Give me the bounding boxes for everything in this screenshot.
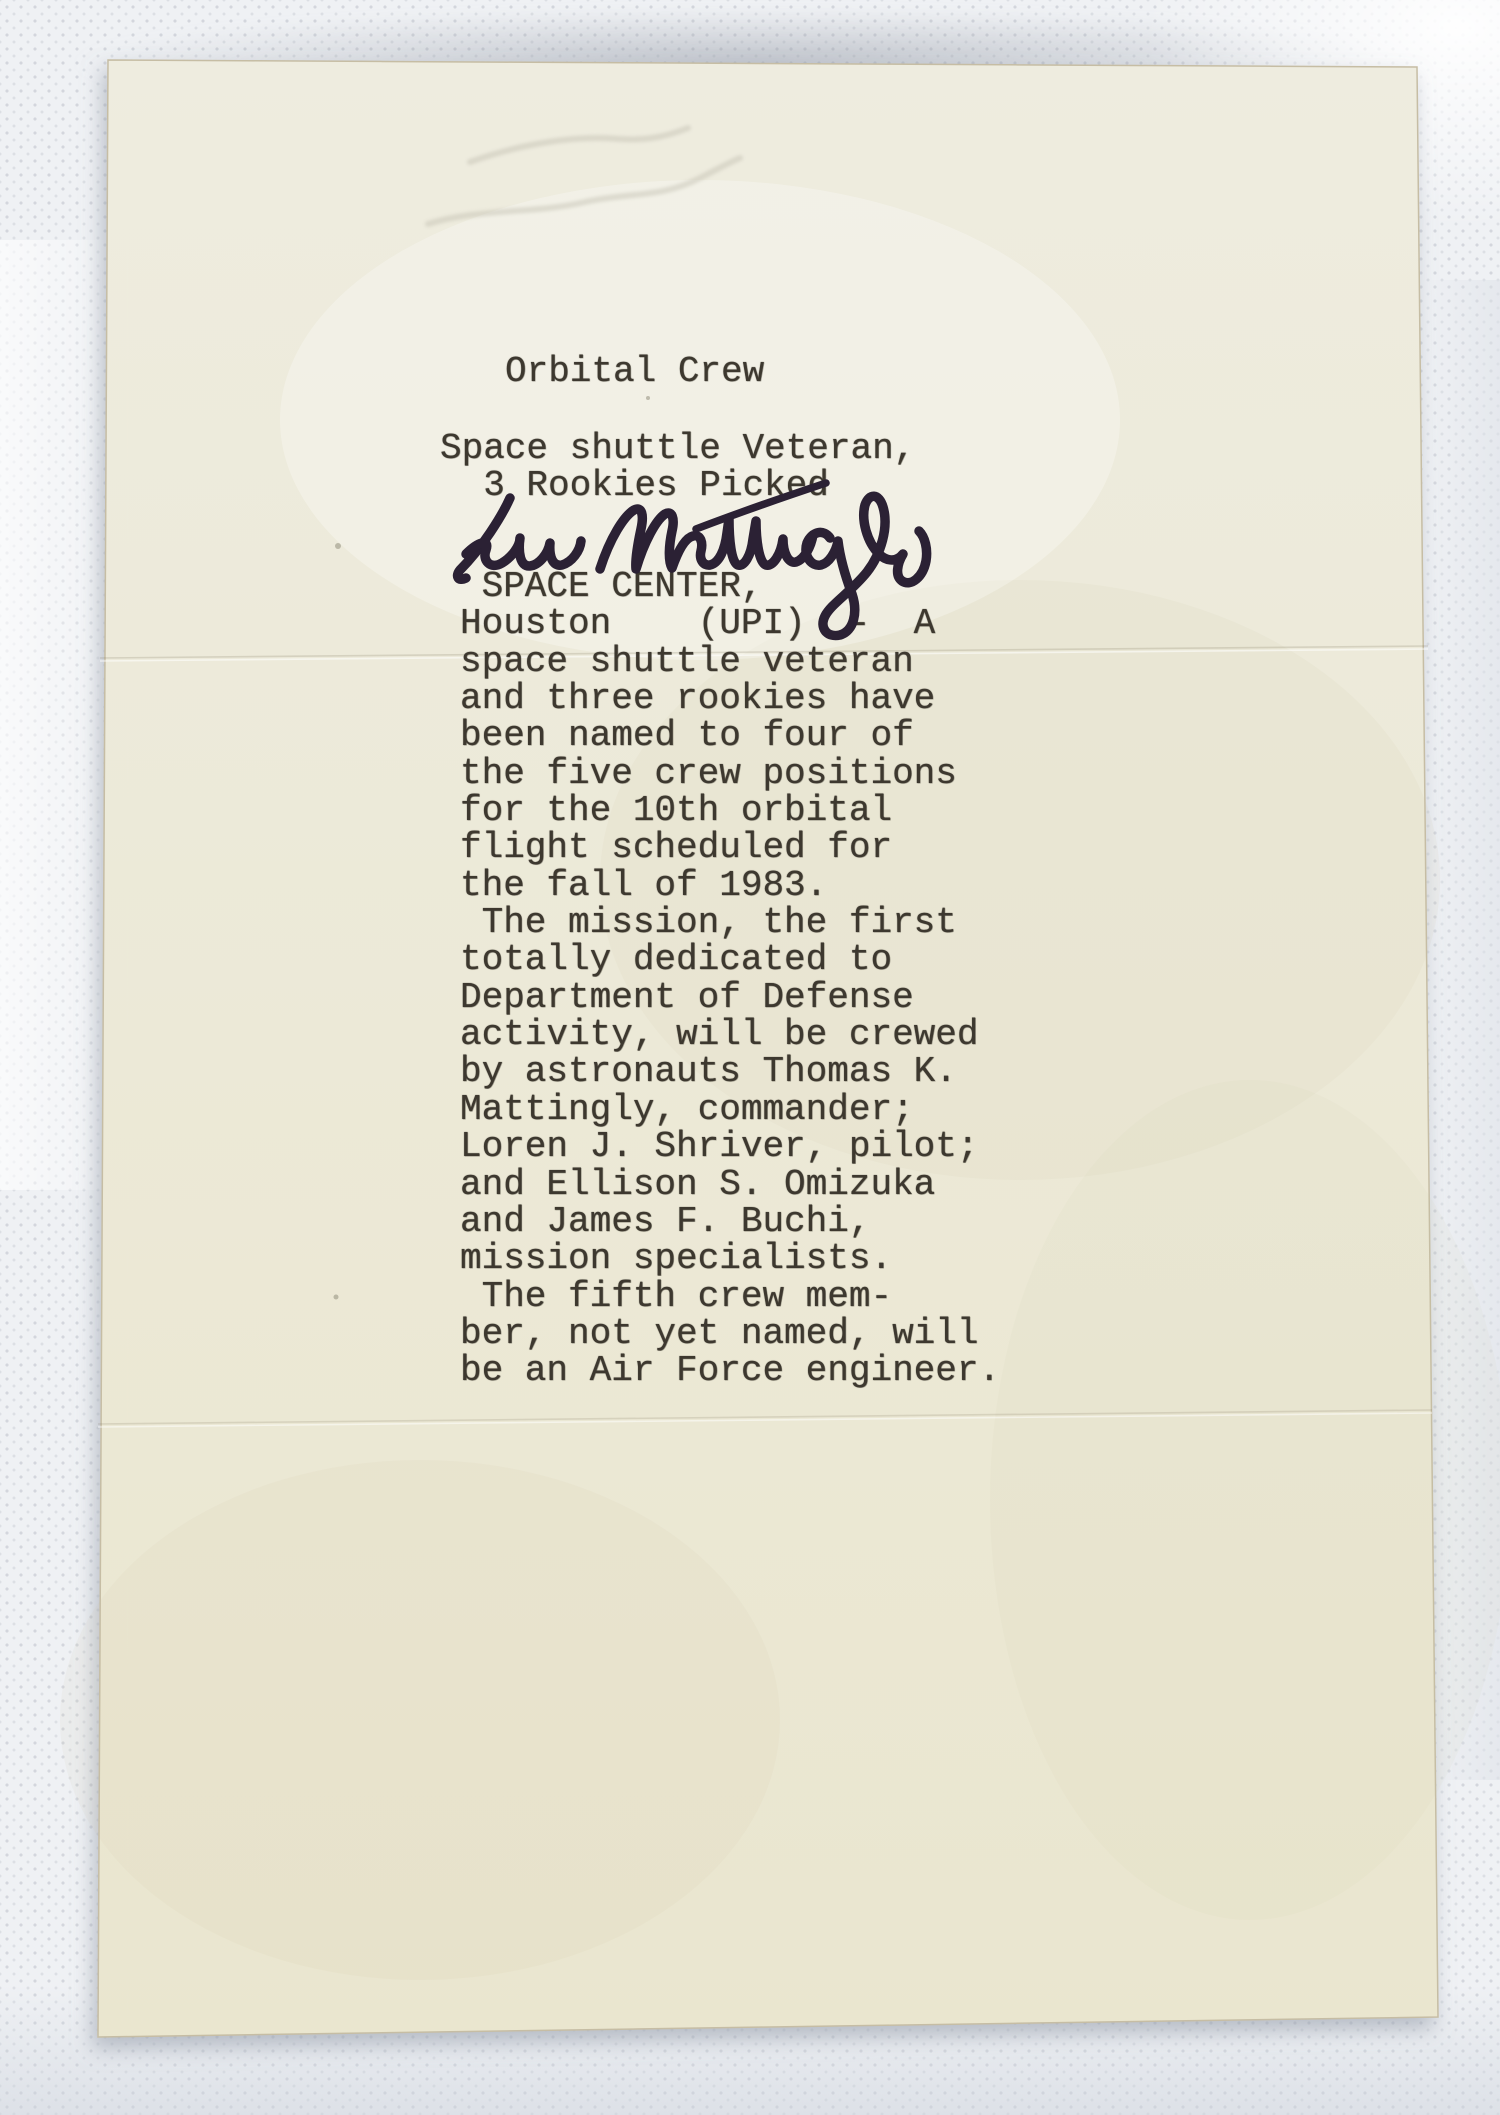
article-title: Orbital Crew [505,353,764,390]
article-body: SPACE CENTER, Houston (UPI) - A space sh… [460,568,1000,1390]
signature-ken-mattingly [430,470,950,670]
photo-backdrop: Orbital Crew Space shuttle Veteran, 3 Ro… [0,0,1500,2115]
